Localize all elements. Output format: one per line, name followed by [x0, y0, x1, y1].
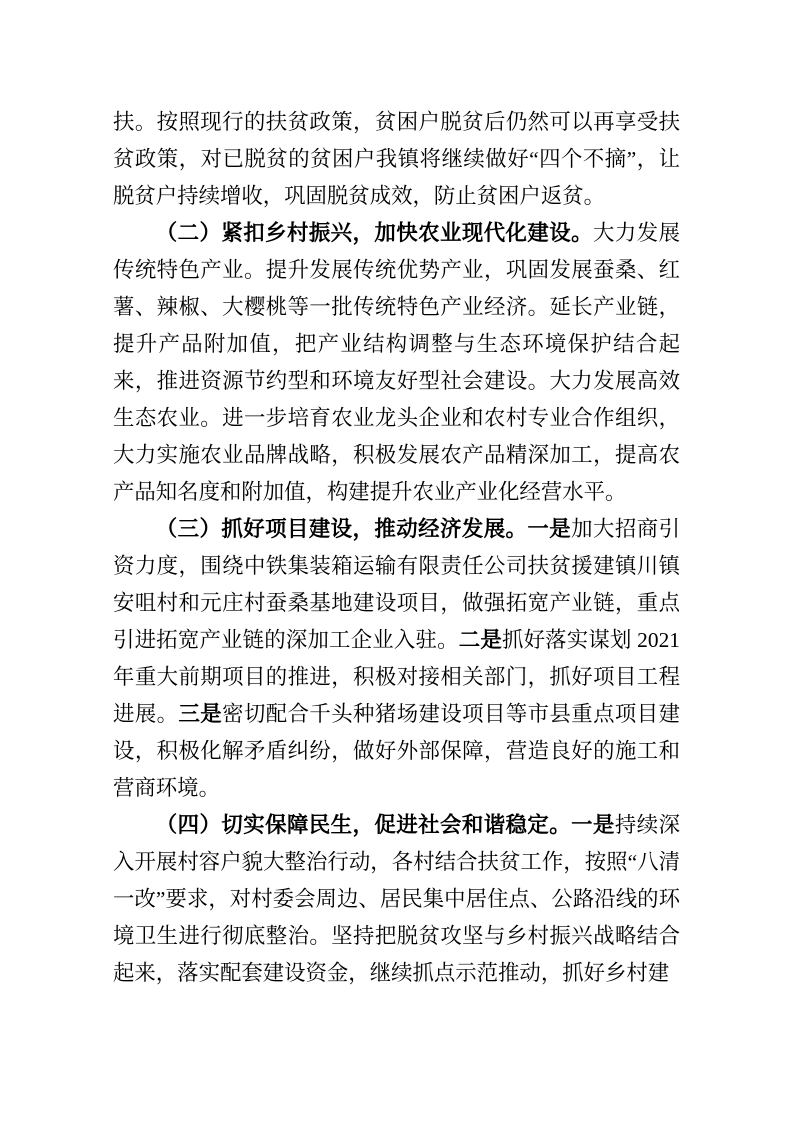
document-body: 扶。按照现行的扶贫政策，贫困户脱贫后仍然可以再享受扶贫政策，对已脱贫的贫困户我镇…	[113, 104, 680, 992]
bold-text-run: （二）紧扣乡村振兴，加快农业现代化建设。	[156, 221, 593, 245]
paragraph-section-2-rural-revitalization: （二）紧扣乡村振兴，加快农业现代化建设。大力发展传统特色产业。提升发展传统优势产…	[113, 215, 680, 511]
text-run: 扶。按照现行的扶贫政策，贫困户脱贫后仍然可以再享受扶贫政策，对已脱贫的贫困户我镇…	[113, 110, 680, 208]
text-run: 大力发展传统特色产业。提升发展传统优势产业，巩固发展蚕桑、红薯、辣椒、大樱桃等一…	[113, 221, 680, 504]
bold-text-run: （三）抓好项目建设，推动经济发展。一是	[156, 517, 571, 541]
text-run: 持续深入开展村容户貌大整治行动，各村结合扶贫工作，按照“八清一改”要求，对村委会…	[113, 813, 680, 985]
paragraph-section-4-livelihood-stability: （四）切实保障民生，促进社会和谐稳定。一是持续深入开展村容户貌大整治行动，各村结…	[113, 807, 680, 992]
bold-text-run: 二是	[459, 628, 502, 652]
paragraph-continuation-poverty-relief: 扶。按照现行的扶贫政策，贫困户脱贫后仍然可以再享受扶贫政策，对已脱贫的贫困户我镇…	[113, 104, 680, 215]
bold-text-run: （四）切实保障民生，促进社会和谐稳定。一是	[156, 813, 615, 837]
document-page: 扶。按照现行的扶贫政策，贫困户脱贫后仍然可以再享受扶贫政策，对已脱贫的贫困户我镇…	[0, 0, 793, 1122]
bold-text-run: 三是	[178, 702, 222, 726]
paragraph-section-3-project-construction: （三）抓好项目建设，推动经济发展。一是加大招商引资力度，围绕中铁集装箱运输有限责…	[113, 511, 680, 807]
